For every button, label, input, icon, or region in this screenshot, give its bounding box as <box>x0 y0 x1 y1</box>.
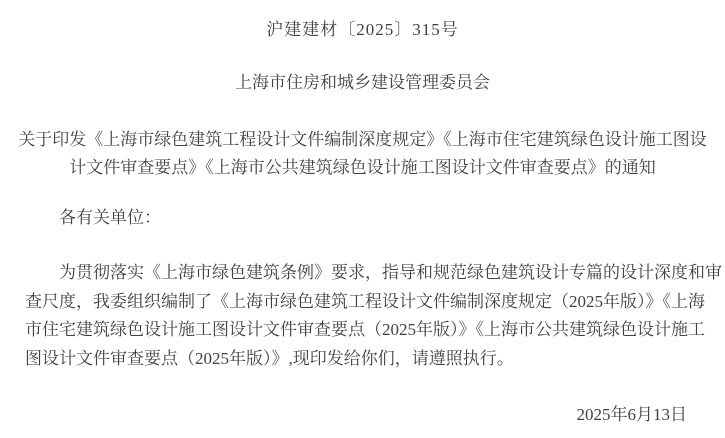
salutation: 各有关单位： <box>25 208 701 228</box>
body-line-1: 为贯彻落实《上海市绿色建筑条例》要求，指导和规范绿色建筑设计专篇的设计深度和审 <box>25 259 701 288</box>
notice-title-line-2: 计文件审查要点》《上海市公共建筑绿色设计施工图设计文件审查要点》的通知 <box>0 154 725 182</box>
doc-number: 沪建建材〔2025〕315号 <box>0 20 725 40</box>
notice-document: 沪建建材〔2025〕315号 上海市住房和城乡建设管理委员会 关于印发《上海市绿… <box>0 0 725 438</box>
body-line-3: 市住宅建筑绿色设计施工图设计文件审查要点（2025年版）》《上海市公共建筑绿色设… <box>25 316 701 345</box>
issuer-name: 上海市住房和城乡建设管理委员会 <box>0 73 725 93</box>
body-paragraph: 为贯彻落实《上海市绿色建筑条例》要求，指导和规范绿色建筑设计专篇的设计深度和审 … <box>25 259 701 373</box>
body-line-4: 图设计文件审查要点（2025年版）》,现印发给你们，请遵照执行。 <box>25 345 701 374</box>
body-line-2: 查尺度，我委组织编制了《上海市绿色建筑工程设计文件编制深度规定（2025年版）》… <box>25 288 701 317</box>
notice-title: 关于印发《上海市绿色建筑工程设计文件编制深度规定》《上海市住宅建筑绿色设计施工图… <box>0 126 725 182</box>
notice-title-line-1: 关于印发《上海市绿色建筑工程设计文件编制深度规定》《上海市住宅建筑绿色设计施工图… <box>0 126 725 154</box>
issue-date: 2025年6月13日 <box>0 405 687 425</box>
